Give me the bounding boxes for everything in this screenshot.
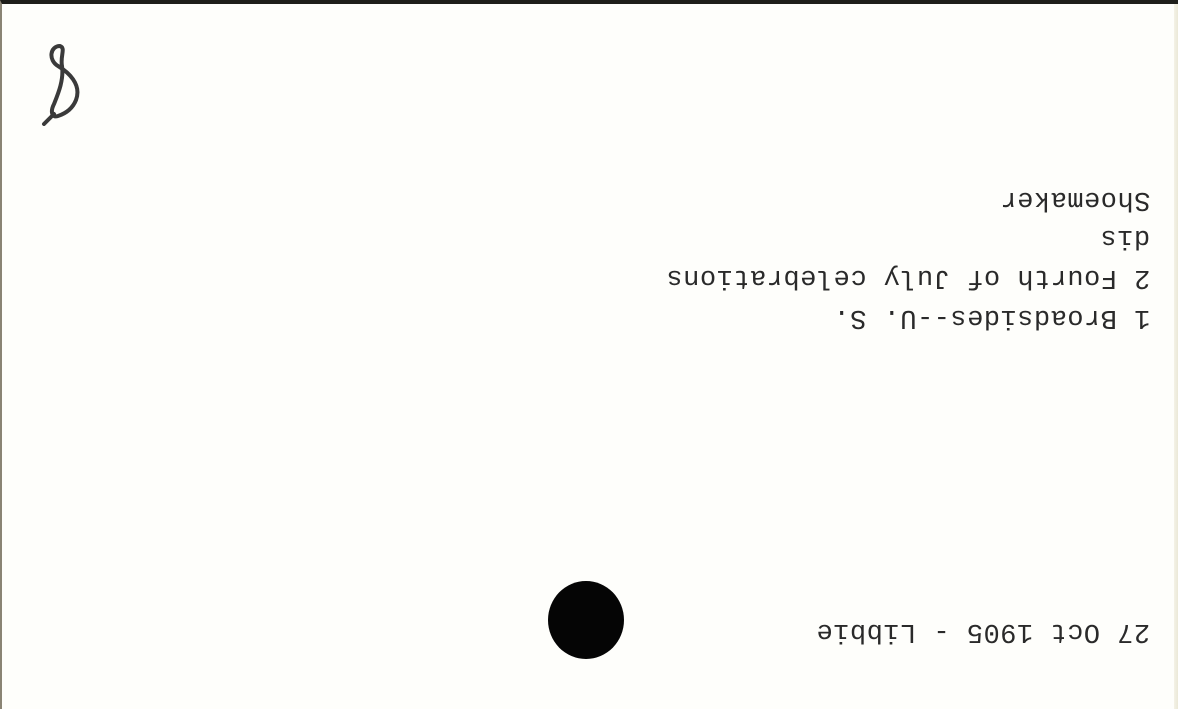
subject-line-1: 1 Broadsides--U. S.: [833, 302, 1150, 332]
name-line: Shoemaker: [1000, 184, 1150, 214]
date-line: 27 Oct 1905 - Libbie: [816, 616, 1150, 646]
handwritten-mark: [38, 40, 92, 126]
catalog-card: Shoemaker dis 2 Fourth of July celebrati…: [0, 0, 1178, 709]
note-line: dis: [1100, 222, 1150, 252]
subject-line-2: 2 Fourth of July celebrations: [666, 262, 1150, 292]
punch-hole: [548, 581, 624, 659]
